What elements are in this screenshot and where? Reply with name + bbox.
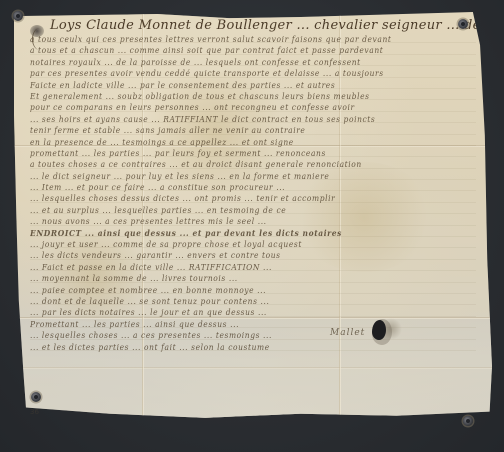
- script-line: ... et au surplus ... lesquelles parties…: [30, 205, 476, 216]
- parchment-document: Loys Claude Monnet de Boullenger ... che…: [14, 12, 492, 424]
- seal-hole: [372, 320, 386, 340]
- script-line: Et generalement ... soubz obligation de …: [30, 91, 476, 102]
- script-line: pour ce comparans en leurs personnes ...…: [30, 102, 476, 113]
- script-line: ... et les dictes parties ... ont fait .…: [30, 342, 476, 353]
- manuscript-text: Loys Claude Monnet de Boullenger ... che…: [30, 18, 476, 353]
- script-line: ... nous avons ... a ces presentes lettr…: [30, 216, 476, 227]
- script-line: ... lesquelles choses ... a ces presente…: [30, 330, 476, 341]
- script-line: ... Item ... et pour ce faire ... a cons…: [30, 182, 476, 193]
- script-line: a toutes choses a ce contraires ... et a…: [30, 159, 476, 170]
- script-line: par ces presentes avoir vendu ceddé quic…: [30, 68, 476, 79]
- script-line: ... le dict seigneur ... pour luy et les…: [30, 171, 476, 182]
- grommet-icon: [13, 11, 23, 21]
- script-line: ... jouyr et user ... comme de sa propre…: [30, 239, 476, 250]
- script-line: ... ses hoirs et ayans cause ... RATIFFI…: [30, 114, 476, 125]
- horizontal-fold-crease: [14, 367, 492, 369]
- script-line: a tous et a chascun ... comme ainsi soit…: [30, 45, 476, 56]
- script-line: tenir ferme et stable ... sans jamais al…: [30, 125, 476, 136]
- script-line: ... dont et de laquelle ... se sont tenu…: [30, 296, 476, 307]
- script-line: en la presence de ... tesmoings a ce app…: [30, 137, 476, 148]
- script-line: ENDROICT ... ainsi que dessus ... et par…: [30, 228, 476, 239]
- notary-signature: Mallet: [330, 328, 365, 338]
- script-line: Promettant ... les parties ... ainsi que…: [30, 319, 476, 330]
- script-line: ... Faict et passe en la dicte ville ...…: [30, 262, 476, 273]
- script-line: a tous ceulx qui ces presentes lettres v…: [30, 34, 476, 45]
- script-line: ... les dicts vendeurs ... garantir ... …: [30, 250, 476, 261]
- script-line: Faicte en ladicte ville ... par le conse…: [30, 80, 476, 91]
- grommet-icon: [31, 392, 41, 402]
- script-line: ... par les dicts notaires ... le jour e…: [30, 307, 476, 318]
- archive-mark: 36: [30, 408, 39, 416]
- grommet-icon: [463, 416, 473, 426]
- grommet-icon: [458, 19, 468, 29]
- document-heading: Loys Claude Monnet de Boullenger ... che…: [50, 18, 476, 34]
- script-line: ... paiee comptee et nombree ... en bonn…: [30, 285, 476, 296]
- script-line: notaires royaulx ... de la paroisse de .…: [30, 57, 476, 68]
- script-line: promettant ... les parties ... par leurs…: [30, 148, 476, 159]
- script-line: ... moyennant la somme de ... livres tou…: [30, 273, 476, 284]
- script-line: ... lesquelles choses dessus dictes ... …: [30, 193, 476, 204]
